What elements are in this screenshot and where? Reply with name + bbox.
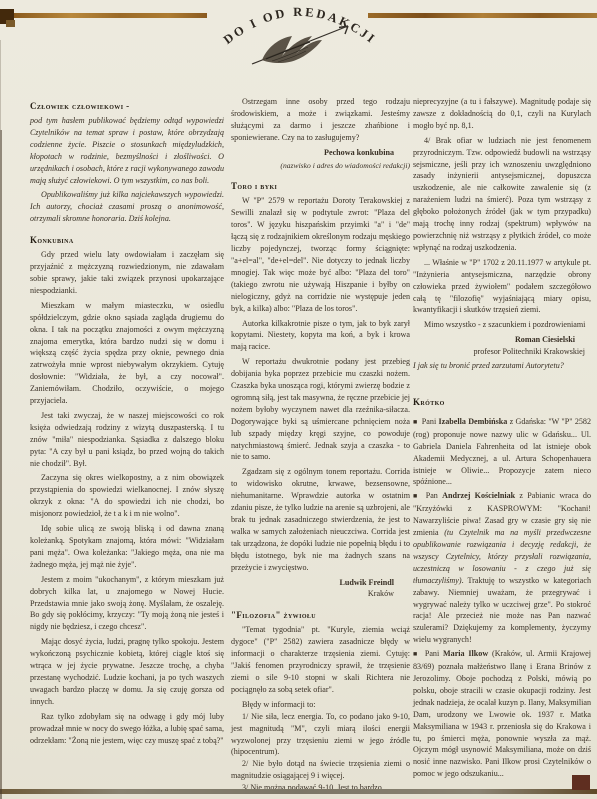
paragraph: 1/ Nie siła, lecz energia. To, co podano… xyxy=(231,711,410,759)
editor-note: I jak się tu bronić przed zarzutami Auto… xyxy=(413,360,591,372)
paragraph: W "P" 2579 w reportażu Doroty Terakowski… xyxy=(231,195,410,314)
footer-rule xyxy=(0,789,597,794)
krotko-item: ■ Pani Izabella Dembińska z Gdańska: "W … xyxy=(413,416,591,488)
paragraph: nieprecyzyjne (a tu i fałszywe). Magnitu… xyxy=(413,96,591,132)
paragraph: Raz tylko zdobyłam się na odwagę i gdy m… xyxy=(30,711,224,747)
krotko-text: Pani xyxy=(422,417,439,426)
paragraph: Gdy przed wielu laty owdowiałam i zaczęł… xyxy=(30,249,224,297)
signature-name: Roman Ciesielski xyxy=(413,334,591,346)
signature-name: Ludwik Freindl xyxy=(231,577,410,589)
section-heading-konkubina: Konkubina xyxy=(30,234,224,246)
section-heading-krotko: Krótko xyxy=(413,396,591,408)
signature-name: Pechowa konkubina xyxy=(231,147,410,159)
paragraph: Zgadzam się z ogólnym tonem reportażu. C… xyxy=(231,466,410,573)
paragraph: Zaczyna się okres wielkopostny, a z nim … xyxy=(30,472,224,520)
krotko-text: Pan xyxy=(426,491,442,500)
paragraph: Jestem z moim "ukochanym", z którym mies… xyxy=(30,574,224,634)
intro-paragraph: pod tym hasłem publikować będziemy odtąd… xyxy=(30,115,224,186)
signature-note: (nazwisko i adres do wiadomości redakcji… xyxy=(231,160,410,172)
scan-edge-line-faint xyxy=(0,40,1,130)
paragraph: Mieszkam w małym miasteczku, w osiedlu s… xyxy=(30,300,224,407)
paragraph: Mimo wszystko - z szacunkiem i pozdrowie… xyxy=(413,319,591,331)
scan-edge-line xyxy=(0,130,2,799)
masthead-rule-left xyxy=(13,13,207,18)
krotko-text: . Traktuję to wszystko w kategoriach zab… xyxy=(413,576,591,645)
krotko-text: z Gdańska: "W "P" 2582 (rog) proponuje n… xyxy=(413,417,591,487)
paragraph: 2/ Nie było dotąd na świecie trzęsienia … xyxy=(231,758,410,782)
krotko-item: ■ Pan Andrzej Kościelniak z Pabianic wra… xyxy=(413,490,591,646)
krotko-text: (Kraków, ul. Armii Krajowej 83/69) pozna… xyxy=(413,649,591,778)
quill-feather-icon xyxy=(246,18,358,70)
krotko-person-name: Maria Ilkow xyxy=(443,649,488,658)
intro-paragraph: Opublikowaliśmy już kilka najciekawszych… xyxy=(30,189,224,225)
section-heading-czlowiek: Człowiek człowiekowi - xyxy=(30,100,224,112)
paragraph: Idę sobie ulicą ze swoją bliską i od daw… xyxy=(30,523,224,571)
scan-corner-mark-bottom-right xyxy=(572,775,590,790)
paragraph: "Temat tygodnia" pt. "Kuryle, ziemia wci… xyxy=(231,624,410,695)
paragraph: 4/ Brak ofiar w ludziach nie jest fenome… xyxy=(413,135,591,254)
paragraph: Ostrzegam inne osoby przed tego rodzaju … xyxy=(231,96,410,144)
column-right: nieprecyzyjne (a tu i fałszywe). Magnitu… xyxy=(413,96,591,796)
paragraph: Błędy w informacji to: xyxy=(231,699,410,711)
paragraph: W reportażu dwukrotnie podany jest przeb… xyxy=(231,356,410,463)
paragraph: Autorka kilkakrotnie pisze o tym, jak to… xyxy=(231,318,410,354)
bullet-square-icon: ■ xyxy=(413,492,421,500)
krotko-text: Pani xyxy=(425,649,443,658)
krotko-item: ■ Pani Maria Ilkow (Kraków, ul. Armii Kr… xyxy=(413,648,591,780)
bullet-square-icon: ■ xyxy=(413,650,421,658)
bullet-square-icon: ■ xyxy=(413,418,420,426)
scan-corner-mark-small xyxy=(6,20,15,27)
signature-city: Kraków xyxy=(231,588,410,600)
section-heading-toro: Toro i byki xyxy=(231,180,410,192)
paragraph: Jest taki zwyczaj, że w naszej miejscowo… xyxy=(30,410,224,470)
krotko-person-name: Andrzej Kościelniak xyxy=(442,491,515,500)
magazine-letters-page: DO I OD REDAKCJI Człowiek człowiekowi - … xyxy=(0,0,597,799)
paragraph: Mając dosyć życia, ludzi, pragnę tylko s… xyxy=(30,636,224,707)
section-heading-filozofia: "Filozofia" żywiołu xyxy=(231,609,410,621)
column-middle: Ostrzegam inne osoby przed tego rodzaju … xyxy=(231,96,410,796)
column-left: Człowiek człowiekowi - pod tym hasłem pu… xyxy=(30,96,224,796)
krotko-person-name: Izabella Dembińska xyxy=(438,417,507,426)
signature-role: profesor Politechniki Krakowskiej xyxy=(413,346,591,358)
paragraph: ... Właśnie w "P" 1702 z 20.11.1977 w ar… xyxy=(413,257,591,317)
